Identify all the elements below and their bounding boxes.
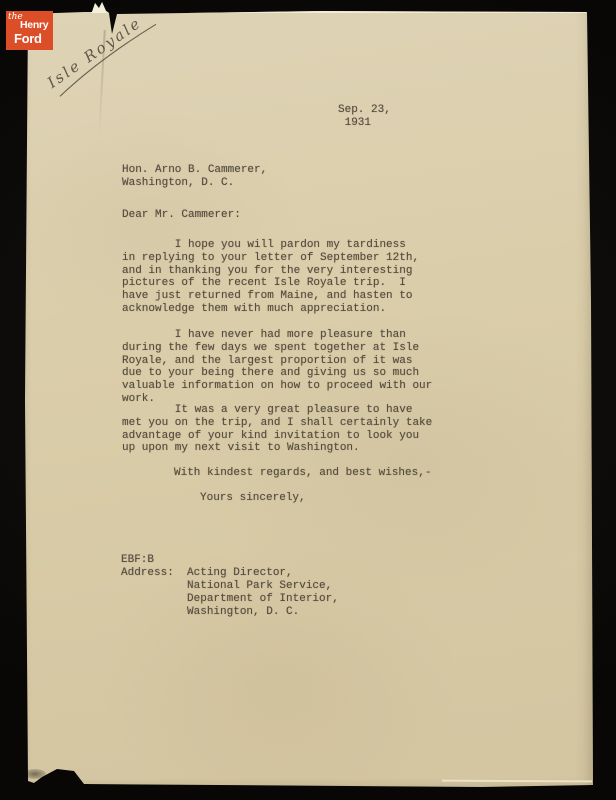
logo-ford-text: Ford xyxy=(14,32,42,45)
typist-reference: EBF:B xyxy=(121,554,154,567)
closing-regards: With kindest regards, and best wishes,- xyxy=(174,467,431,480)
paper-smudge xyxy=(24,769,46,779)
logo-henry-text: Henry xyxy=(20,20,48,31)
paper-bottom-edge-highlight xyxy=(442,780,592,783)
handwritten-note-text: Isle Royale xyxy=(44,13,145,91)
handwritten-note: Isle Royale xyxy=(44,2,167,100)
forwarding-address: Address: Acting Director, National Park … xyxy=(121,567,339,619)
recipient-address: Hon. Arno B. Cammerer, Washington, D. C. xyxy=(122,164,267,190)
scan-background: { "branding": { "logo_prefix": "the", "l… xyxy=(0,0,616,800)
body-paragraph-3: It was a very great pleasure to have met… xyxy=(122,404,432,455)
closing-signoff: Yours sincerely, xyxy=(200,492,306,505)
letter-date: Sep. 23, 1931 xyxy=(338,104,391,130)
letter-paper: Isle Royale Sep. 23, 1931 Hon. Arno B. C… xyxy=(22,0,594,792)
paper-tear xyxy=(91,1,108,13)
paper-top-edge-highlight xyxy=(92,11,586,13)
salutation: Dear Mr. Cammerer: xyxy=(122,209,241,222)
body-paragraph-1: I hope you will pardon my tardiness in r… xyxy=(122,239,419,316)
henry-ford-logo: the Henry Ford xyxy=(6,11,53,50)
body-paragraph-2: I have never had more pleasure than duri… xyxy=(122,329,432,406)
